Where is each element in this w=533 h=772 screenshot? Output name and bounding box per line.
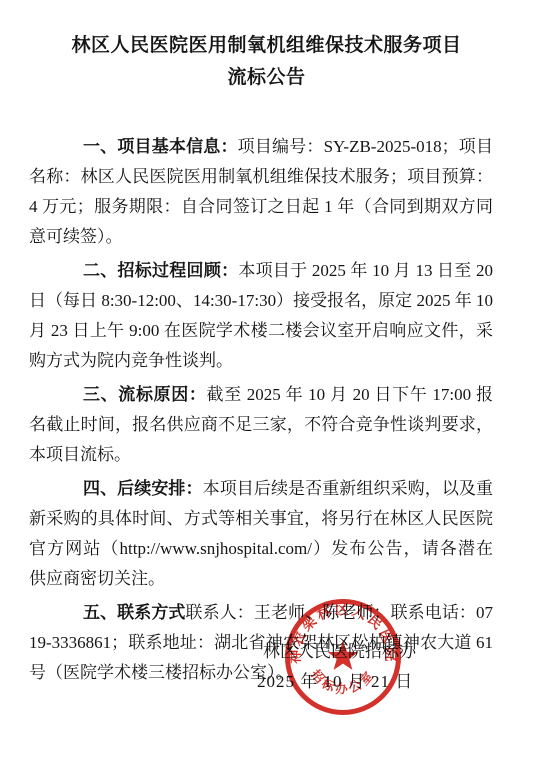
signature-date: 2025 年 10 月 21 日	[257, 667, 413, 692]
title-line-1: 林区人民医院医用制氧机组维保技术服务项目	[0, 30, 533, 62]
paragraph-follow-up: 四、后续安排：本项目后续是否重新组织采购，以及重新采购的具体时间、方式等相关事宜…	[29, 474, 493, 594]
section-heading: 四、后续安排：	[83, 479, 203, 498]
section-heading: 二、招标过程回顾：	[83, 261, 238, 280]
section-heading: 三、流标原因：	[83, 385, 207, 404]
title-line-2: 流标公告	[0, 62, 533, 94]
document-title: 林区人民医院医用制氧机组维保技术服务项目 流标公告	[0, 30, 533, 94]
section-heading: 一、项目基本信息：	[83, 137, 238, 156]
document-body: 一、项目基本信息：项目编号：SY-ZB-2025-018；项目名称：林区人民医院…	[0, 132, 533, 688]
section-heading: 五、联系方式	[83, 603, 186, 622]
announcement-document: 林区人民医院医用制氧机组维保技术服务项目 流标公告 一、项目基本信息：项目编号：…	[0, 0, 533, 772]
signature-organization: 林区人民医院招标办	[263, 637, 416, 662]
paragraph-basic-info: 一、项目基本信息：项目编号：SY-ZB-2025-018；项目名称：林区人民医院…	[29, 132, 493, 252]
paragraph-bid-process: 二、招标过程回顾：本项目于 2025 年 10 月 13 日至 20 日（每日 …	[29, 256, 493, 376]
paragraph-failure-reason: 三、流标原因：截至 2025 年 10 月 20 日下午 17:00 报名截止时…	[29, 380, 493, 470]
